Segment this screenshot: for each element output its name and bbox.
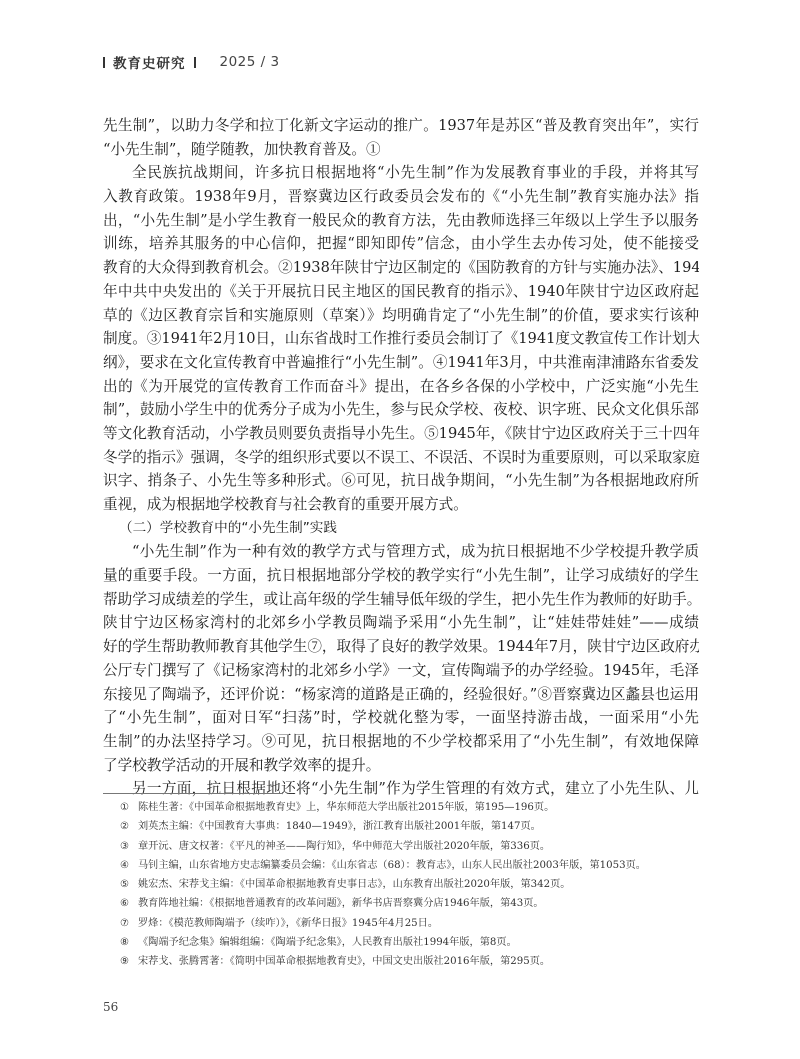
footnote-mark: ⑦ xyxy=(120,914,138,933)
text-line: 冬学的指示》强调，冬学的组织形式要以不误工、不误活、不误时为重要原则，可以采取家… xyxy=(103,446,699,470)
body-text: 先生制”，以助力冬学和拉丁化新文字运动的推广。1937年是苏区“普及教育突出年”… xyxy=(103,114,699,801)
footnote: ④马钊主编，山东省地方史志编纂委员会编：《山东省志（68）：教育志》，山东人民出… xyxy=(120,856,700,875)
divider-bar xyxy=(103,57,105,68)
footnote-mark: ① xyxy=(120,798,138,817)
text-line: 先生制”，以助力冬学和拉丁化新文字运动的推广。1937年是苏区“普及教育突出年”… xyxy=(103,114,699,138)
text-line: 了“小先生制”，面对日军“扫荡”时，学校就化整为零，一面坚持游击战，一面采用“小… xyxy=(103,706,699,730)
section-heading: （二）学校教育中的“小先生制”实践 xyxy=(103,517,699,541)
text-line: 年中共中央发出的《关于开展抗日民主地区的国民教育的指示》、1940年陕甘宁边区政… xyxy=(103,280,699,304)
text-line: 纲》，要求在文化宣传教育中普遍推行“小先生制”。④1941年3月，中共淮南津浦路… xyxy=(103,351,699,375)
footnote-text: 教育阵地社编：《根据地普通教育的改革问题》，新华书店晋察冀分店1946年版，第4… xyxy=(138,898,544,909)
divider-bar xyxy=(194,57,196,68)
footnote-text: 刘英杰主编：《中国教育大事典：1840—1949》，浙江教育出版社2001年版，… xyxy=(138,821,541,832)
text-line: 草的《边区教育宗旨和实施原则（草案）》均明确肯定了“小先生制”的价值，要求实行该… xyxy=(103,304,699,328)
text-line: 训练，培养其服务的中心信仰，把握“即知即传”信念，由小学生去办传习处，使不能接受 xyxy=(103,232,699,256)
text-line: 量的重要手段。一方面，抗日根据地部分学校的教学实行“小先生制”，让学习成绩好的学… xyxy=(103,564,699,588)
footnote: ⑤姚宏杰、宋荐戈主编：《中国革命根据地教育史事日志》，山东教育出版社2020年版… xyxy=(120,875,700,894)
footnote-mark: ④ xyxy=(120,856,138,875)
text-line: 制”，鼓励小学生中的优秀分子成为小先生，参与民众学校、夜校、识字班、民众文化俱乐… xyxy=(103,398,699,422)
footnote-text: 姚宏杰、宋荐戈主编：《中国革命根据地教育史事日志》，山东教育出版社2020年版，… xyxy=(138,879,570,890)
footnote-text: 罗烽：《模范教师陶端予（续咋）》，《新华日报》1945年4月25日。 xyxy=(138,918,438,929)
text-line: 了学校教学活动的开展和教学效率的提升。 xyxy=(103,754,699,778)
text-line: 全民族抗战期间，许多抗日根据地将“小先生制”作为发展教育事业的手段，并将其写 xyxy=(103,161,699,185)
footnote-mark: ⑨ xyxy=(120,952,138,971)
footnote-text: 《陶端予纪念集》编辑组编：《陶端予纪念集》，人民教育出版社1994年版，第8页。 xyxy=(138,937,517,948)
text-line: “小先生制”，随学随教，加快教育普及。① xyxy=(103,138,699,162)
footnote: ⑧《陶端予纪念集》编辑组编：《陶端予纪念集》，人民教育出版社1994年版，第8页… xyxy=(120,933,700,952)
text-line: 生制”的办法坚持学习。⑨可见，抗日根据地的不少学校都采用了“小先生制”，有效地保… xyxy=(103,730,699,754)
running-header: 教育史研究 2025 / 3 xyxy=(100,52,280,72)
text-line: 出，“小先生制”是小学生教育一般民众的教育方法，先由教师选择三年级以上学生予以服… xyxy=(103,209,699,233)
footnote: ①陈桂生著：《中国革命根据地教育史》上，华东师范大学出版社2015年版，第195… xyxy=(120,798,700,817)
footnote-text: 宋荐戈、张腾霄著：《简明中国革命根据地教育史》，中国文史出版社2016年版，第2… xyxy=(138,956,550,967)
text-line: 帮助学习成绩差的学生，或让高年级的学生辅导低年级的学生，把小先生作为教师的好助手… xyxy=(103,588,699,612)
footnotes: ①陈桂生著：《中国革命根据地教育史》上，华东师范大学出版社2015年版，第195… xyxy=(120,798,700,972)
footnote-mark: ⑤ xyxy=(120,875,138,894)
text-line: 制度。③1941年2月10日，山东省战时工作推行委员会制订了《1941度文教宣传… xyxy=(103,327,699,351)
footnote-text: 章开沅、唐文权著：《平凡的神圣——陶行知》，华中师范大学出版社2020年版，第3… xyxy=(138,841,550,852)
text-line: 陕甘宁边区杨家湾村的北郊乡小学教员陶端予采用“小先生制”，让“娃娃带娃娃”——成… xyxy=(103,611,699,635)
footnote-text: 马钊主编，山东省地方史志编纂委员会编：《山东省志（68）：教育志》，山东人民出版… xyxy=(138,860,646,871)
text-line: 识字、捎条子、小先生等多种形式。⑥可见，抗日战争期间，“小先生制”为各根据地政府… xyxy=(103,469,699,493)
text-line: 好的学生帮助教师教育其他学生⑦，取得了良好的教学效果。1944年7月，陕甘宁边区… xyxy=(103,635,699,659)
footnote: ⑦罗烽：《模范教师陶端予（续咋）》，《新华日报》1945年4月25日。 xyxy=(120,914,700,933)
text-line: 东接见了陶端予，还评价说：“杨家湾的道路是正确的，经验很好。”⑧晋察冀边区蠡县也… xyxy=(103,683,699,707)
text-line: 公厅专门撰写了《记杨家湾村的北郊乡小学》一文，宣传陶端予的办学经验。1945年，… xyxy=(103,659,699,683)
text-line: 教育的大众得到教育机会。②1938年陕甘宁边区制定的《国防教育的方针与实施办法》… xyxy=(103,256,699,280)
footnote-mark: ⑥ xyxy=(120,894,138,913)
text-line: 入教育政策。1938年9月，晋察冀边区行政委员会发布的《“小先生制”教育实施办法… xyxy=(103,185,699,209)
footnote: ⑨宋荐戈、张腾霄著：《简明中国革命根据地教育史》，中国文史出版社2016年版，第… xyxy=(120,952,700,971)
text-line: “小先生制”作为一种有效的教学方式与管理方式，成为抗日根据地不少学校提升教学质 xyxy=(103,540,699,564)
text-line: 等文化教育活动，小学教员则要负责指导小先生。⑤1945年，《陕甘宁边区政府关于三… xyxy=(103,422,699,446)
footnote: ⑥教育阵地社编：《根据地普通教育的改革问题》，新华书店晋察冀分店1946年版，第… xyxy=(120,894,700,913)
footnote-mark: ② xyxy=(120,817,138,836)
page-number: 56 xyxy=(103,1000,118,1014)
footnote-rule xyxy=(103,793,283,794)
text-line: 重视，成为根据地学校教育与社会教育的重要开展方式。 xyxy=(103,493,699,517)
journal-title: 教育史研究 xyxy=(113,52,186,72)
text-line: 出的《为开展党的宣传教育工作而奋斗》提出，在各乡各保的小学校中，广泛实施“小先生 xyxy=(103,375,699,399)
footnote-mark: ③ xyxy=(120,837,138,856)
issue-number: 2025 / 3 xyxy=(220,54,280,70)
footnote: ③章开沅、唐文权著：《平凡的神圣——陶行知》，华中师范大学出版社2020年版，第… xyxy=(120,837,700,856)
footnote-text: 陈桂生著：《中国革命根据地教育史》上，华东师范大学出版社2015年版，第195—… xyxy=(138,802,554,813)
footnote-mark: ⑧ xyxy=(120,933,138,952)
footnote: ②刘英杰主编：《中国教育大事典：1840—1949》，浙江教育出版社2001年版… xyxy=(120,817,700,836)
